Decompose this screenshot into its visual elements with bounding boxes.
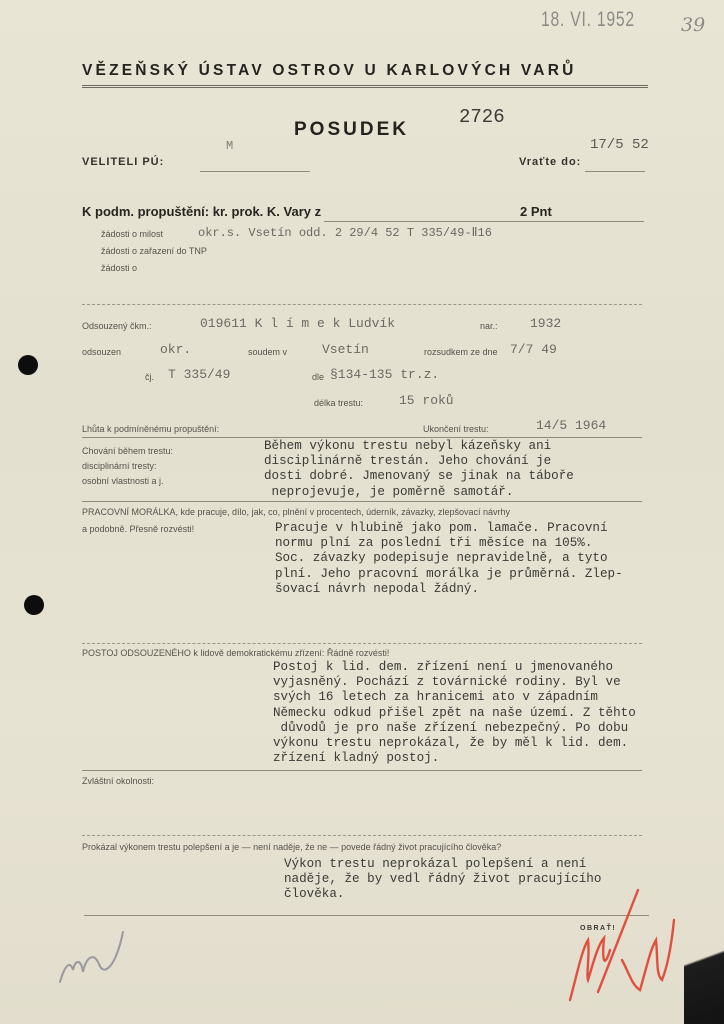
behavior-text: Během výkonu trestu nebyl kázeňsky ani d… xyxy=(264,439,574,500)
improvement-line: naděje, že by vedl řádný život pracující… xyxy=(284,872,601,887)
work-line: normu plní za poslední tři měsíce na 105… xyxy=(275,536,623,551)
document-page: 18. VI. 1952 39 VĚZEŇSKÝ ÚSTAV OSTROV U … xyxy=(0,0,724,1024)
work-label-1: PRACOVNÍ MORÁLKA, kde pracuje, dílo, jak… xyxy=(82,507,510,517)
work-line: Pracuje v hlubině jako pom. lamače. Prac… xyxy=(275,521,623,536)
cj-value: T 335/49 xyxy=(168,367,230,382)
attitude-label: POSTOJ ODSOUZENÉHO k lidově demokratické… xyxy=(82,648,389,658)
section-divider-6 xyxy=(82,835,642,836)
parole-label: Lhůta k podmíněnému propuštění: xyxy=(82,424,219,434)
attitude-line: Německu odkud přišel zpět na naše území.… xyxy=(273,706,636,721)
header-divider xyxy=(82,85,648,88)
sentenced-value: okr. xyxy=(160,342,191,357)
request-value-pardon: okr.s. Vsetín odd. 2 29/4 52 T 335/49-Ⅱ1… xyxy=(198,225,492,240)
veliteli-label: VELITELI PÚ: xyxy=(82,156,164,168)
improvement-line: Výkon trestu neprokázal polepšení a není xyxy=(284,857,601,872)
court-label: soudem v xyxy=(248,347,287,357)
punch-hole-icon xyxy=(24,595,44,615)
special-label: Zvláštní okolnosti: xyxy=(82,776,154,786)
behavior-label-3: osobní vlastnosti a j. xyxy=(82,476,164,486)
veliteli-line xyxy=(200,171,310,172)
page-number: 39 xyxy=(681,14,705,36)
attitude-text: Postoj k lid. dem. zřízení není u jmenov… xyxy=(273,660,636,766)
section-divider-2 xyxy=(82,437,642,438)
attitude-line: důvodů je pro naše zřízení nebezpečný. P… xyxy=(273,721,636,736)
attitude-line: svých 16 letech za hranicemi ato v západ… xyxy=(273,690,636,705)
purpose-ref: 2 Pnt xyxy=(520,204,552,219)
red-signature-icon xyxy=(560,880,680,1010)
law-value: §134-135 tr.z. xyxy=(330,367,439,382)
vratte-value: 17/5 52 xyxy=(590,137,649,153)
pencil-initials-icon xyxy=(55,920,135,990)
purpose-line xyxy=(324,221,644,222)
work-line: plní. Jeho pracovní morálka je průměrná.… xyxy=(275,567,623,582)
end-label: Ukončení trestu: xyxy=(423,424,489,434)
born-label: nar.: xyxy=(480,321,498,331)
document-number: 2726 xyxy=(459,106,505,128)
vratte-line xyxy=(585,171,645,172)
document-title: POSUDEK xyxy=(294,119,409,141)
ckm-value: 019611 K l í m e k Ludvík xyxy=(200,316,395,331)
behavior-line: Během výkonu trestu nebyl kázeňsky ani xyxy=(264,439,574,454)
request-label-tnp: žádosti o zařazení do TNP xyxy=(101,246,207,256)
attitude-line: vyjasněný. Pochází z továrnické rodiny. … xyxy=(273,675,636,690)
punch-hole-icon xyxy=(18,355,38,375)
veliteli-value: M xyxy=(226,139,233,153)
work-label-2: a podobně. Přesně rozvésti! xyxy=(82,524,194,534)
section-divider-1 xyxy=(82,304,642,305)
request-label-pardon: žádosti o milost xyxy=(101,229,163,239)
section-divider-4 xyxy=(82,643,642,644)
behavior-label-2: disciplinární tresty: xyxy=(82,461,157,471)
section-divider-5 xyxy=(82,770,642,771)
behavior-line: disciplinárně trestán. Jeho chování je xyxy=(264,454,574,469)
improvement-question: Prokázal výkonem trestu polepšení a je —… xyxy=(82,842,501,852)
received-date-stamp: 18. VI. 1952 xyxy=(541,8,635,32)
behavior-label-1: Chování během trestu: xyxy=(82,446,173,456)
court-value: Vsetín xyxy=(322,342,369,357)
cj-label: čj. xyxy=(145,372,154,382)
request-label-other: žádosti o xyxy=(101,263,137,273)
end-value: 14/5 1964 xyxy=(536,418,606,433)
ckm-label: Odsouzený čkm.: xyxy=(82,321,152,331)
behavior-line: dosti dobré. Jmenovaný se jinak na táboř… xyxy=(264,469,574,484)
purpose-label: K podm. propuštění: kr. prok. K. Vary z xyxy=(82,204,321,219)
vratte-label: Vraťte do: xyxy=(519,156,581,168)
attitude-line: zřízení kladný postoj. xyxy=(273,751,636,766)
institution-heading: VĚZEŇSKÝ ÚSTAV OSTROV U KARLOVÝCH VARŮ xyxy=(82,62,577,80)
work-line: Soc. závazky podepisuje nepravidelně, a … xyxy=(275,551,623,566)
length-label: délka trestu: xyxy=(314,398,363,408)
section-divider-3 xyxy=(82,501,642,502)
attitude-line: Postoj k lid. dem. zřízení není u jmenov… xyxy=(273,660,636,675)
work-line: šovací návrh nepodal žádný. xyxy=(275,582,623,597)
attitude-line: výkonu trestu neprokázal, že by měl k li… xyxy=(273,736,636,751)
verdict-label: rozsudkem ze dne xyxy=(424,347,498,357)
born-value: 1932 xyxy=(530,316,561,331)
behavior-line: neprojevuje, je poměrně samotář. xyxy=(264,485,574,500)
sentenced-label: odsouzen xyxy=(82,347,121,357)
improvement-text: Výkon trestu neprokázal polepšení a není… xyxy=(284,857,601,903)
law-label: dle xyxy=(312,372,324,382)
length-value: 15 roků xyxy=(399,393,454,408)
verdict-value: 7/7 49 xyxy=(510,342,557,357)
work-text: Pracuje v hlubině jako pom. lamače. Prac… xyxy=(275,521,623,597)
improvement-line: člověka. xyxy=(284,887,601,902)
